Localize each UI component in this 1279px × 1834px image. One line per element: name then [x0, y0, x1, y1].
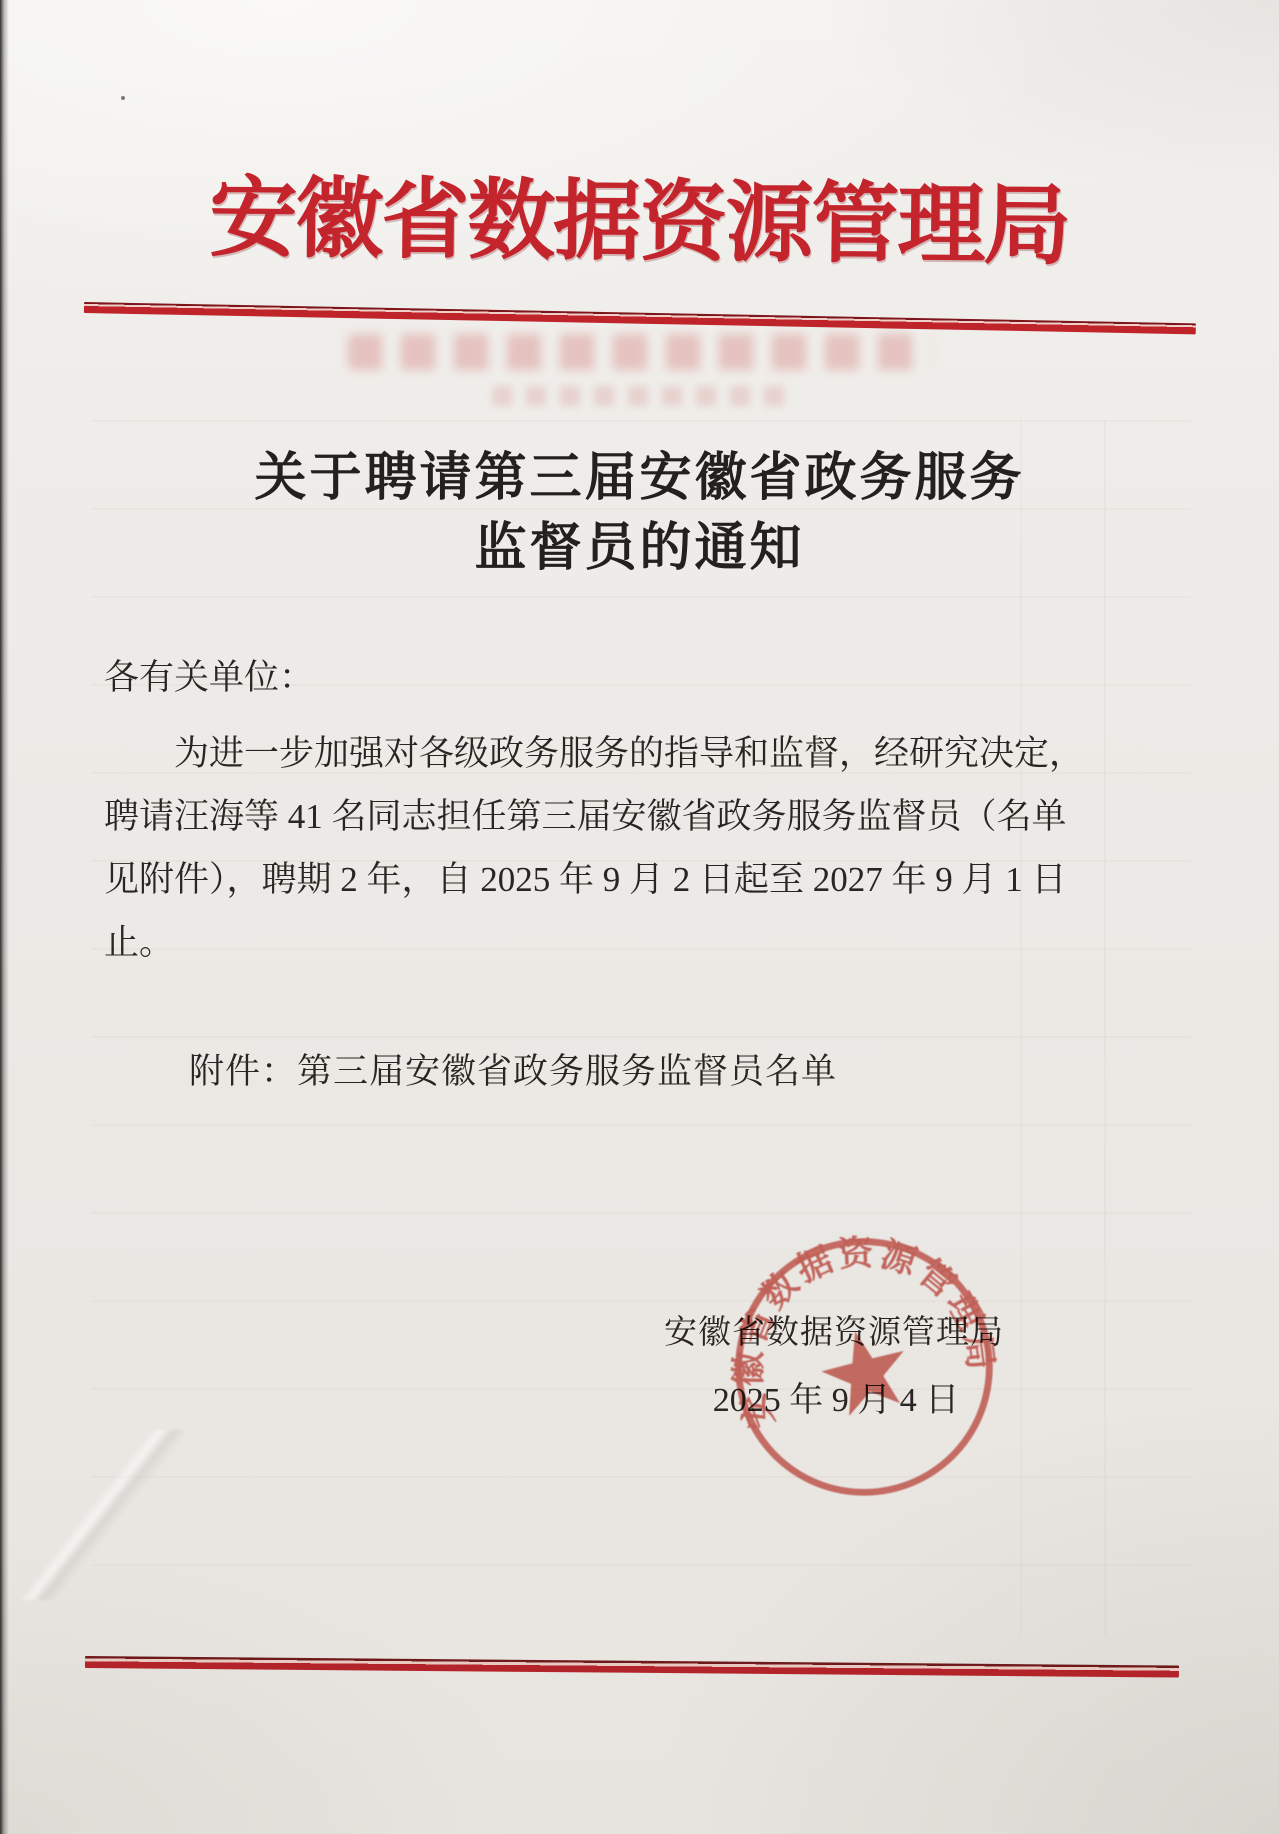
seal-star-icon — [814, 1321, 916, 1420]
scanned-notice-page: 安徽省数据资源管理局 关于聘请第三届安徽省政务服务 监督员的通知 各有关单位： … — [0, 0, 1279, 1834]
letterhead-agency-name: 安徽省数据资源管理局 — [0, 146, 1279, 284]
body-line: 聘请汪海等 41 名同志担任第三届安徽省政务服务监督员（名单 — [104, 785, 1066, 848]
salutation: 各有关单位： — [104, 650, 314, 700]
document-title-line-1: 关于聘请第三届安徽省政务服务 — [0, 444, 1279, 514]
body-line: 为进一步加强对各级政务服务的指导和监督，经研究决定， — [104, 722, 1066, 785]
official-seal-stamp: 安徽省数据资源管理局 — [699, 1202, 1029, 1532]
letterhead-red-rule — [84, 302, 1196, 334]
body-line: 见附件），聘期 2 年，自 2025 年 9 月 2 日起至 2027 年 9 … — [104, 848, 1066, 911]
attachment-line: 附件：第三届安徽省政务服务监督员名单 — [189, 1044, 837, 1094]
bleed-through-subline — [492, 386, 792, 406]
paper-crease — [14, 1430, 184, 1600]
scan-speck — [121, 96, 125, 100]
scan-left-edge — [0, 0, 9, 1834]
body-paragraph: 为进一步加强对各级政务服务的指导和监督，经研究决定，聘请汪海等 41 名同志担任… — [104, 722, 1066, 974]
bleed-through-headline — [348, 334, 932, 370]
document-title-line-2: 监督员的通知 — [0, 514, 1279, 584]
body-line: 止。 — [104, 911, 1066, 974]
footer-red-rule — [85, 1656, 1179, 1678]
document-title: 关于聘请第三届安徽省政务服务 监督员的通知 — [0, 444, 1279, 584]
